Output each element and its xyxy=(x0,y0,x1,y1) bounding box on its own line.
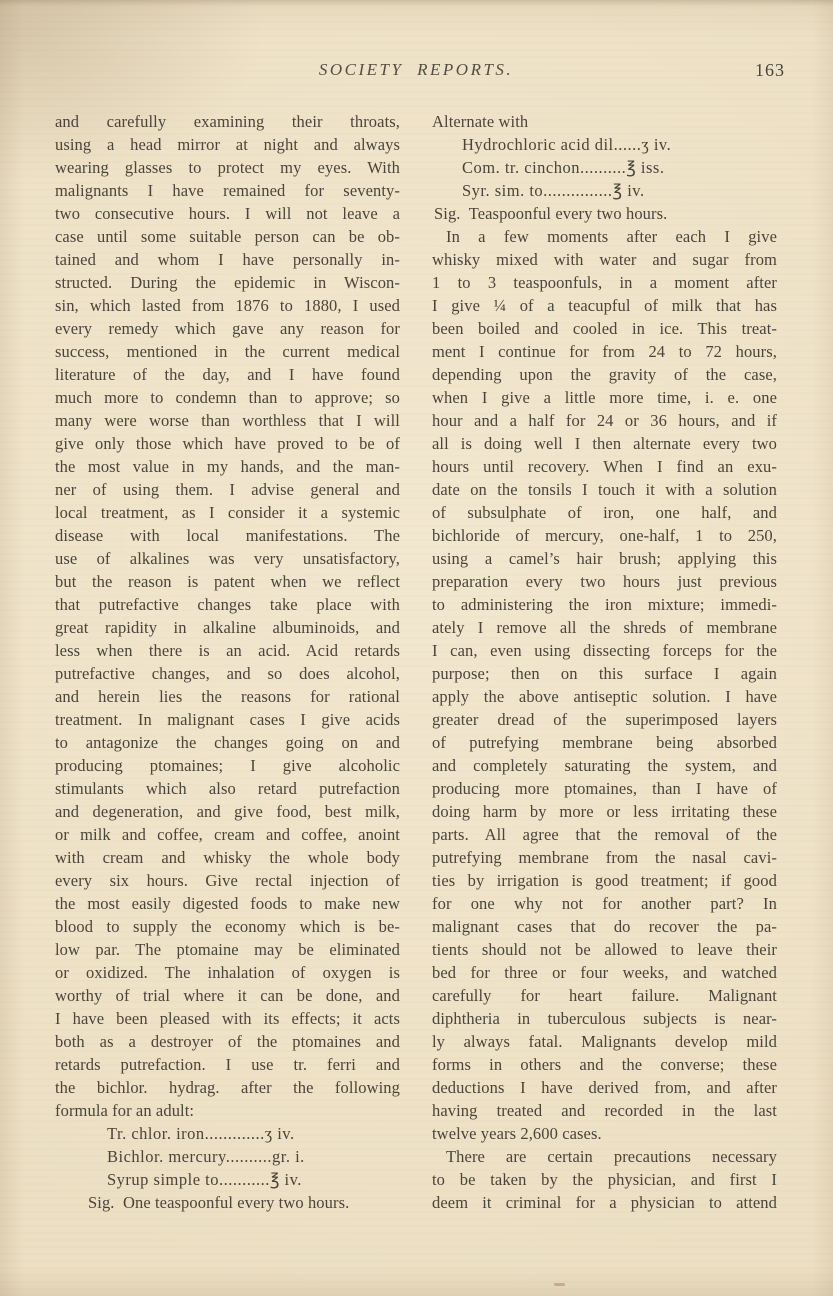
text-line: In a few moments after each I give xyxy=(432,225,777,248)
text-line: that putrefactive changes take place wit… xyxy=(55,593,400,616)
text-line: malignant cases that do recover the pa- xyxy=(432,915,777,938)
text-line: putrefying membrane from the nasal cavi- xyxy=(432,846,777,869)
text-line: structed. During the epidemic in Wiscon- xyxy=(55,271,400,294)
text-line: success, mentioned in the current medica… xyxy=(55,340,400,363)
text-line: and degeneration, and give food, best mi… xyxy=(55,800,400,823)
text-line: to antagonize the changes going on and xyxy=(55,731,400,754)
text-line: hours until recovery. When I find an exu… xyxy=(432,455,777,478)
text-line: treatment. In malignant cases I give aci… xyxy=(55,708,400,731)
text-line: wearing glasses to protect my eyes. With xyxy=(55,156,400,179)
text-line: using a camel’s hair brush; applying thi… xyxy=(432,547,777,570)
text-line: formula for an adult: xyxy=(55,1099,400,1122)
text-line: date on the tonsils I touch it with a so… xyxy=(432,478,777,501)
text-line: been boiled and cooled in ice. This trea… xyxy=(432,317,777,340)
text-line: ly always fatal. Malignants develop mild xyxy=(432,1030,777,1053)
text-line: ties by irrigation is good treatment; if… xyxy=(432,869,777,892)
text-line: or milk and coffee, cream and coffee, an… xyxy=(55,823,400,846)
text-line: blood to supply the economy which is be- xyxy=(55,915,400,938)
text-line: using a head mirror at night and always xyxy=(55,133,400,156)
pencil-mark xyxy=(554,1283,565,1286)
text-line: having treated and recorded in the last xyxy=(432,1099,777,1122)
text-line: carefully for heart failure. Malignant xyxy=(432,984,777,1007)
text-line: worthy of trial where it can be done, an… xyxy=(55,984,400,1007)
text-line: of putrefying membrane being absorbed xyxy=(432,731,777,754)
text-line: I give ¼ of a teacupful of milk that has xyxy=(432,294,777,317)
text-line: great rapidity in alkaline albuminoids, … xyxy=(55,616,400,639)
page-header: SOCIETY REPORTS. 163 xyxy=(55,58,777,82)
text-line: ment I continue for from 24 to 72 hours, xyxy=(432,340,777,363)
text-line: bed for three or four weeks, and watched xyxy=(432,961,777,984)
two-column-text: and carefully examining their throats,us… xyxy=(55,110,777,1214)
text-line: malignants I have remained for seventy- xyxy=(55,179,400,202)
text-line: case until some suitable person can be o… xyxy=(55,225,400,248)
text-line: much more to condemn than to approve; so xyxy=(55,386,400,409)
text-line: all is doing well I then alternate every… xyxy=(432,432,777,455)
text-line: ately I remove all the shreds of membran… xyxy=(432,616,777,639)
text-line: producing more ptomaines, than I have of xyxy=(432,777,777,800)
text-line: bichloride of mercury, one-half, 1 to 25… xyxy=(432,524,777,547)
text-line: Sig. Teaspoonful every two hours. xyxy=(432,202,777,225)
text-line: preparation every two hours just previou… xyxy=(432,570,777,593)
text-line: every six hours. Give rectal injection o… xyxy=(55,869,400,892)
text-line: I have been pleased with its effects; it… xyxy=(55,1007,400,1030)
text-line: local treatment, as I consider it a syst… xyxy=(55,501,400,524)
page-number: 163 xyxy=(755,58,785,82)
text-line: depending upon the gravity of the case, xyxy=(432,363,777,386)
text-line: 1 to 3 teaspoonfuls, in a moment after xyxy=(432,271,777,294)
text-line: for one why not for another part? In xyxy=(432,892,777,915)
text-line: sin, which lasted from 1876 to 1880, I u… xyxy=(55,294,400,317)
text-line: when I give a little more time, i. e. on… xyxy=(432,386,777,409)
text-line: tained and whom I have personally in- xyxy=(55,248,400,271)
text-line: the most value in my hands, and the man- xyxy=(55,455,400,478)
text-line: less when there is an acid. Acid retards xyxy=(55,639,400,662)
text-line: retards putrefaction. I use tr. ferri an… xyxy=(55,1053,400,1076)
text-line: Hydrochloric acid dil......ʒ iv. xyxy=(432,133,777,156)
text-line: low par. The ptomaine may be eliminated xyxy=(55,938,400,961)
text-line: putrefactive changes, and so does alcoho… xyxy=(55,662,400,685)
text-line: forms in others and the converse; these xyxy=(432,1053,777,1076)
text-line: purpose; then on this surface I again xyxy=(432,662,777,685)
text-line: Com. tr. cinchon..........℥ iss. xyxy=(432,156,777,179)
text-line: of subsulphate of iron, one half, and xyxy=(432,501,777,524)
text-line: producing ptomaines; I give alcoholic xyxy=(55,754,400,777)
text-line: the most easily digested foods to make n… xyxy=(55,892,400,915)
text-line: parts. All agree that the removal of the xyxy=(432,823,777,846)
text-line: or oxidized. The inhalation of oxygen is xyxy=(55,961,400,984)
running-head-title: SOCIETY REPORTS. xyxy=(55,58,777,82)
text-line: I can, even using dissecting forceps for… xyxy=(432,639,777,662)
left-column: and carefully examining their throats,us… xyxy=(55,110,400,1214)
text-line: twelve years 2,600 cases. xyxy=(432,1122,777,1145)
page-content: SOCIETY REPORTS. 163 and carefully exami… xyxy=(55,58,777,1214)
text-line: Tr. chlor. iron.............ʒ iv. xyxy=(55,1122,400,1145)
text-line: Bichlor. mercury..........gr. i. xyxy=(55,1145,400,1168)
text-line: deem it criminal for a physician to atte… xyxy=(432,1191,777,1214)
text-line: There are certain precautions necessary xyxy=(432,1145,777,1168)
text-line: literature of the day, and I have found xyxy=(55,363,400,386)
text-line: Syrup simple to...........℥ iv. xyxy=(55,1168,400,1191)
text-line: two consecutive hours. I will not leave … xyxy=(55,202,400,225)
text-line: ner of using them. I advise general and xyxy=(55,478,400,501)
text-line: apply the above antiseptic solution. I h… xyxy=(432,685,777,708)
text-line: use of alkalines was very unsatisfactory… xyxy=(55,547,400,570)
text-line: but the reason is patent when we reflect xyxy=(55,570,400,593)
text-line: Sig. One teaspoonful every two hours. xyxy=(55,1191,400,1214)
text-line: to administering the iron mixture; immed… xyxy=(432,593,777,616)
text-line: the bichlor. hydrag. after the following xyxy=(55,1076,400,1099)
text-line: many were worse than worthless that I wi… xyxy=(55,409,400,432)
right-column: Alternate withHydrochloric acid dil.....… xyxy=(432,110,777,1214)
text-line: tients should not be allowed to leave th… xyxy=(432,938,777,961)
text-line: stimulants which also retard putrefactio… xyxy=(55,777,400,800)
text-line: give only those which have proved to be … xyxy=(55,432,400,455)
text-line: and completely saturating the system, an… xyxy=(432,754,777,777)
text-line: to be taken by the physician, and first … xyxy=(432,1168,777,1191)
text-line: and carefully examining their throats, xyxy=(55,110,400,133)
text-line: both as a destroyer of the ptomaines and xyxy=(55,1030,400,1053)
text-line: every remedy which gave any reason for xyxy=(55,317,400,340)
text-line: and herein lies the reasons for rational xyxy=(55,685,400,708)
text-line: deductions I have derived from, and afte… xyxy=(432,1076,777,1099)
text-line: with cream and whisky the whole body xyxy=(55,846,400,869)
text-line: doing harm by more or less irritating th… xyxy=(432,800,777,823)
text-line: diphtheria in tuberculous subjects is ne… xyxy=(432,1007,777,1030)
text-line: Syr. sim. to...............℥ iv. xyxy=(432,179,777,202)
text-line: disease with local manifestations. The xyxy=(55,524,400,547)
text-line: Alternate with xyxy=(432,110,777,133)
scanned-book-page: SOCIETY REPORTS. 163 and carefully exami… xyxy=(0,0,833,1296)
text-line: whisky mixed with water and sugar from xyxy=(432,248,777,271)
text-line: greater dread of the superimposed layers xyxy=(432,708,777,731)
text-line: hour and a half for 24 or 36 hours, and … xyxy=(432,409,777,432)
